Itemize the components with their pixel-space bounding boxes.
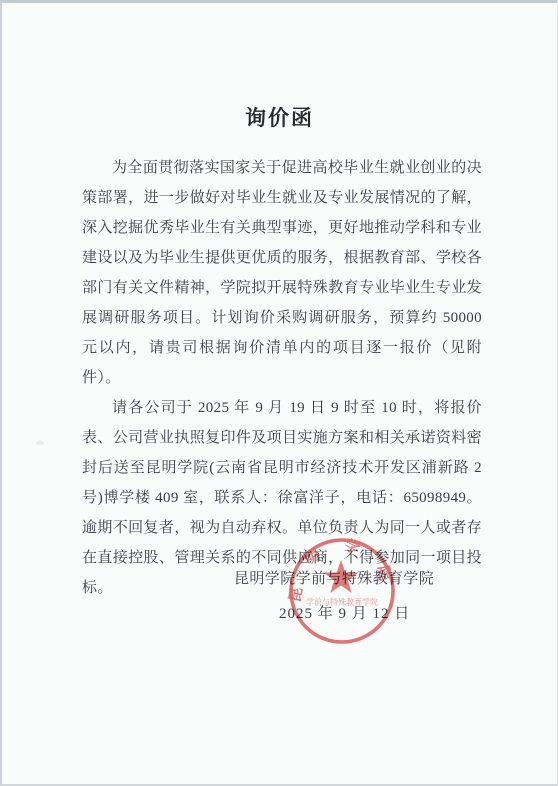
- signature-organization: 昆明学院学前与特殊教育学院: [234, 567, 434, 588]
- scan-artifact: [36, 441, 44, 445]
- signature-date: 2025 年 9 月 12 日: [279, 602, 410, 623]
- paragraph-intro: 为全面贯彻落实国家关于促进高校毕业生就业创业的决策部署，进一步做好对毕业生就业及…: [82, 153, 482, 393]
- scanned-document-page: 询价函 为全面贯彻落实国家关于促进高校毕业生就业创业的决策部署，进一步做好对毕业…: [0, 0, 558, 786]
- document-title: 询价函: [2, 102, 557, 132]
- document-body: 为全面贯彻落实国家关于促进高校毕业生就业创业的决策部署，进一步做好对毕业生就业及…: [82, 153, 482, 603]
